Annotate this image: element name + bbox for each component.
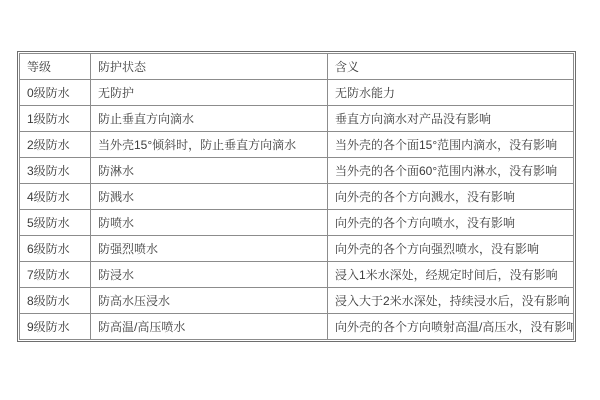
- table-row: 6级防水防强烈喷水向外壳的各个方向强烈喷水，没有影响: [20, 236, 574, 262]
- table-row: 5级防水防喷水向外壳的各个方向喷水，没有影响: [20, 210, 574, 236]
- table-row: 1级防水防止垂直方向滴水垂直方向滴水对产品没有影响: [20, 106, 574, 132]
- ip-rating-table: 等级 防护状态 含义 0级防水无防护无防水能力1级防水防止垂直方向滴水垂直方向滴…: [19, 53, 574, 340]
- table-cell-state: 当外壳15°倾斜时，防止垂直方向滴水: [91, 132, 328, 158]
- table-cell-level: 1级防水: [20, 106, 91, 132]
- table-row: 2级防水当外壳15°倾斜时，防止垂直方向滴水当外壳的各个面15°范围内滴水，没有…: [20, 132, 574, 158]
- table-row: 3级防水防淋水当外壳的各个面60°范围内淋水，没有影响: [20, 158, 574, 184]
- table-cell-state: 防止垂直方向滴水: [91, 106, 328, 132]
- header-cell-state: 防护状态: [91, 54, 328, 80]
- table-row: 0级防水无防护无防水能力: [20, 80, 574, 106]
- table-row: 8级防水防高水压浸水浸入大于2米水深处，持续浸水后，没有影响: [20, 288, 574, 314]
- table-cell-state: 防喷水: [91, 210, 328, 236]
- table-cell-meaning: 向外壳的各个方向喷射高温/高压水，没有影响: [328, 314, 574, 340]
- table-cell-meaning: 向外壳的各个方向强烈喷水，没有影响: [328, 236, 574, 262]
- table-cell-meaning: 无防水能力: [328, 80, 574, 106]
- table-cell-level: 5级防水: [20, 210, 91, 236]
- table-row: 4级防水防溅水向外壳的各个方向溅水，没有影响: [20, 184, 574, 210]
- table-cell-level: 2级防水: [20, 132, 91, 158]
- table-header: 等级 防护状态 含义: [20, 54, 574, 80]
- table-cell-meaning: 向外壳的各个方向喷水，没有影响: [328, 210, 574, 236]
- table-cell-level: 9级防水: [20, 314, 91, 340]
- table-cell-meaning: 当外壳的各个面60°范围内淋水，没有影响: [328, 158, 574, 184]
- table-cell-meaning: 浸入1米水深处，经规定时间后，没有影响: [328, 262, 574, 288]
- table-cell-state: 防淋水: [91, 158, 328, 184]
- table-cell-level: 8级防水: [20, 288, 91, 314]
- table-cell-meaning: 浸入大于2米水深处，持续浸水后，没有影响: [328, 288, 574, 314]
- header-cell-level: 等级: [20, 54, 91, 80]
- table-cell-meaning: 向外壳的各个方向溅水，没有影响: [328, 184, 574, 210]
- table-cell-state: 防浸水: [91, 262, 328, 288]
- table-row: 7级防水防浸水浸入1米水深处，经规定时间后，没有影响: [20, 262, 574, 288]
- table-cell-level: 6级防水: [20, 236, 91, 262]
- table-cell-level: 7级防水: [20, 262, 91, 288]
- header-cell-meaning: 含义: [328, 54, 574, 80]
- table-cell-state: 防高温/高压喷水: [91, 314, 328, 340]
- table-cell-state: 无防护: [91, 80, 328, 106]
- table-cell-meaning: 垂直方向滴水对产品没有影响: [328, 106, 574, 132]
- waterproof-rating-table: 等级 防护状态 含义 0级防水无防护无防水能力1级防水防止垂直方向滴水垂直方向滴…: [17, 51, 576, 342]
- header-row: 等级 防护状态 含义: [20, 54, 574, 80]
- table-body: 0级防水无防护无防水能力1级防水防止垂直方向滴水垂直方向滴水对产品没有影响2级防…: [20, 80, 574, 340]
- table-cell-meaning: 当外壳的各个面15°范围内滴水，没有影响: [328, 132, 574, 158]
- table-cell-level: 4级防水: [20, 184, 91, 210]
- table-cell-state: 防溅水: [91, 184, 328, 210]
- table-cell-level: 3级防水: [20, 158, 91, 184]
- table-cell-state: 防高水压浸水: [91, 288, 328, 314]
- table-cell-state: 防强烈喷水: [91, 236, 328, 262]
- table-cell-level: 0级防水: [20, 80, 91, 106]
- table-row: 9级防水防高温/高压喷水向外壳的各个方向喷射高温/高压水，没有影响: [20, 314, 574, 340]
